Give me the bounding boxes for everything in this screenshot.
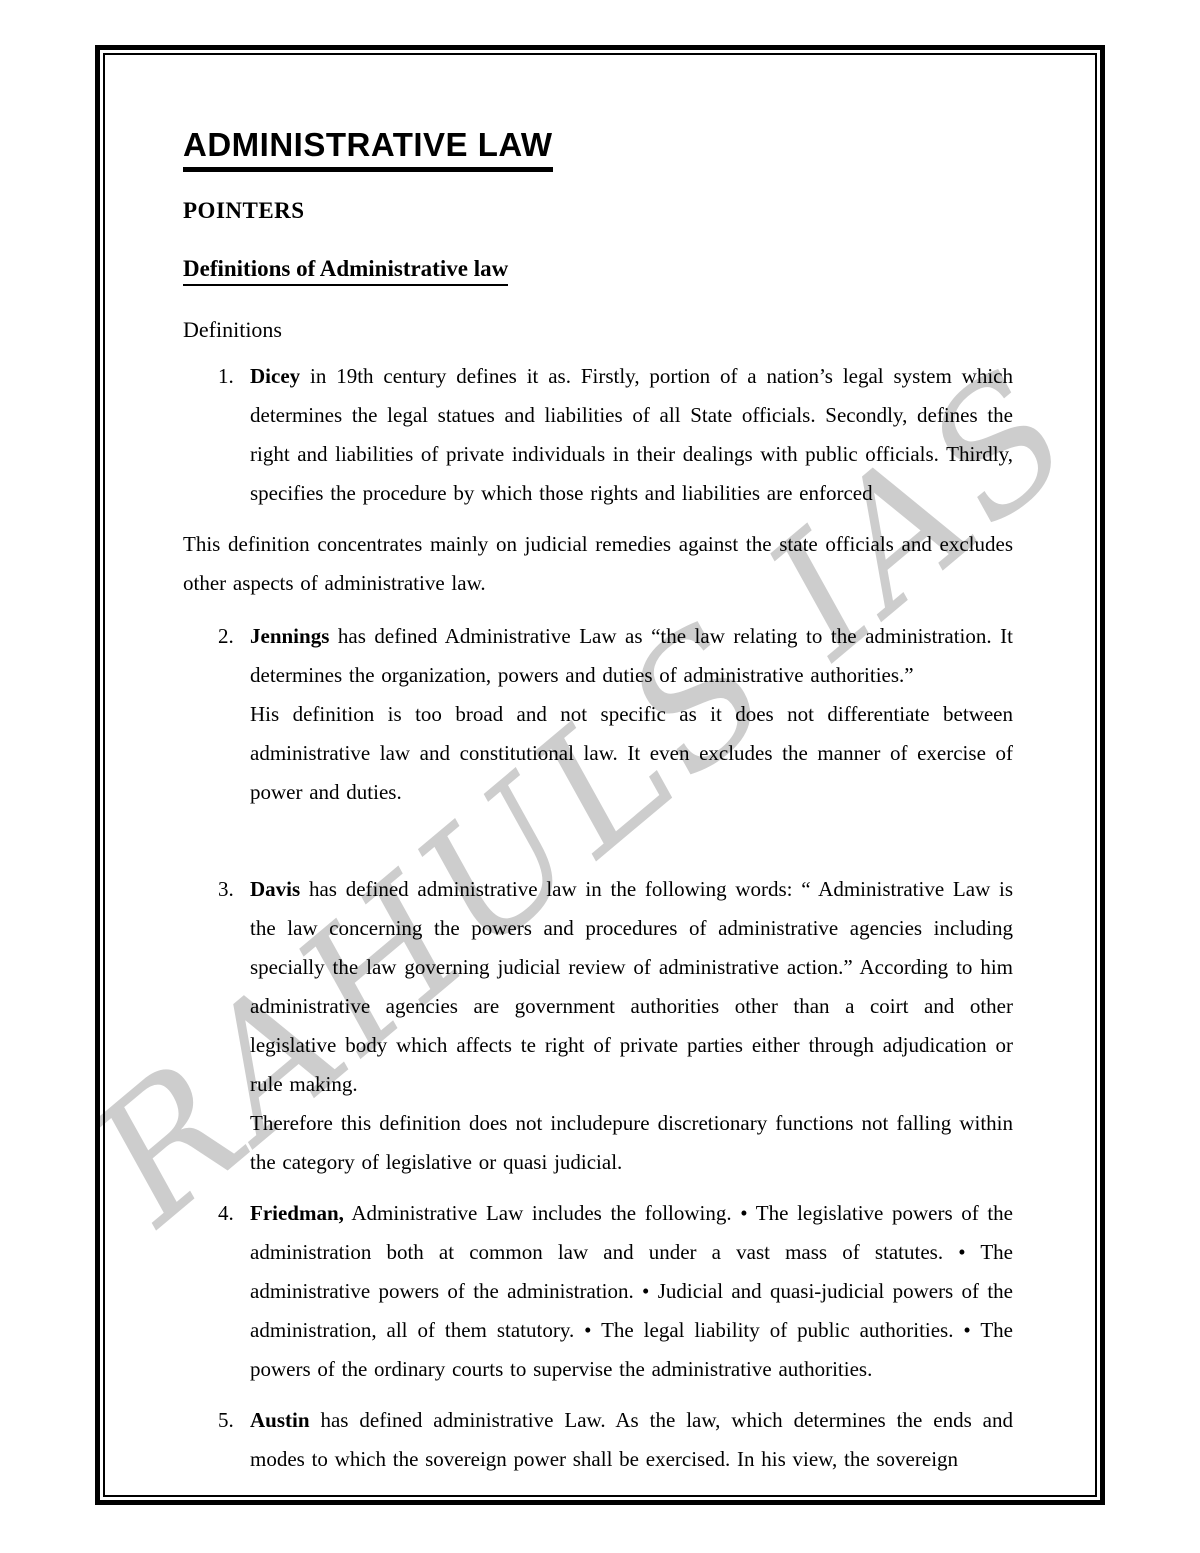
- page-inner-border: [103, 53, 1097, 1497]
- document-page: { "document": { "title": "ADMINISTRATIVE…: [0, 0, 1200, 1553]
- page-outer-border: [95, 45, 1105, 1505]
